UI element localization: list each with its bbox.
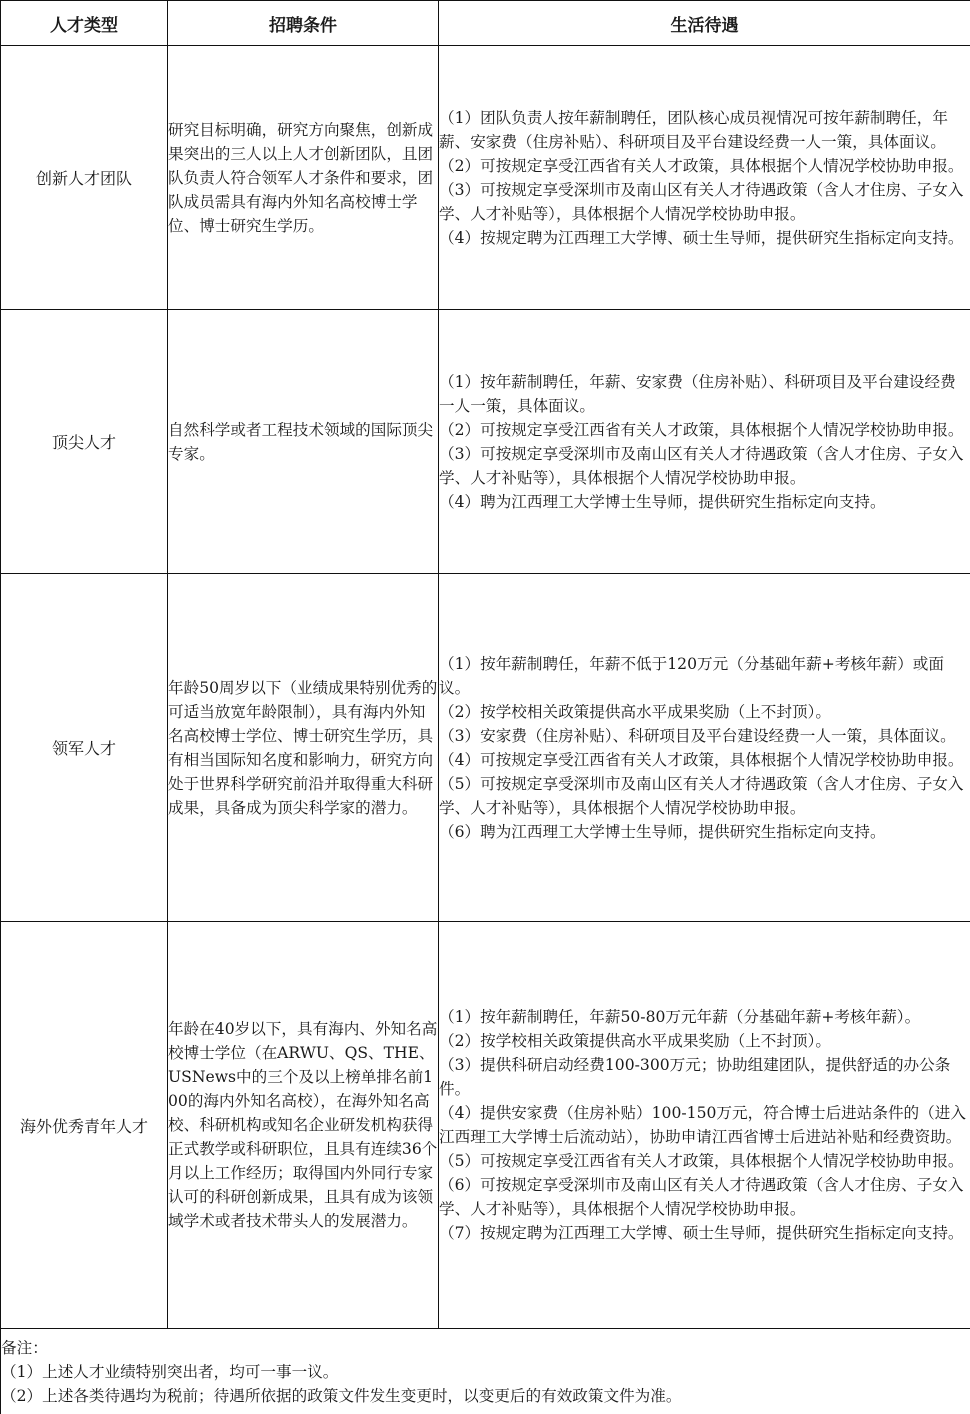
header-talent-type: 人才类型	[1, 1, 168, 46]
talent-recruitment-table: 人才类型 招聘条件 生活待遇 创新人才团队 研究目标明确，研究方向聚焦，创新成果…	[0, 0, 970, 1414]
benefit-item: （1）团队负责人按年薪制聘任，团队核心成员视情况可按年薪制聘任，年薪、安家费（住…	[439, 106, 970, 154]
benefit-item: （3）可按规定享受深圳市及南山区有关人才待遇政策（含人才住房、子女入学、人才补贴…	[439, 442, 970, 490]
talent-type-cell: 创新人才团队	[1, 46, 168, 310]
benefit-item: （6）聘为江西理工大学博士生导师，提供研究生指标定向支持。	[439, 820, 970, 844]
table-row: 创新人才团队 研究目标明确，研究方向聚焦，创新成果突出的三人以上人才创新团队，且…	[1, 46, 970, 310]
benefit-item: （1）按年薪制聘任，年薪不低于120万元（分基础年薪+考核年薪）或面议。	[439, 652, 970, 700]
benefit-item: （5）可按规定享受深圳市及南山区有关人才待遇政策（含人才住房、子女入学、人才补贴…	[439, 772, 970, 820]
benefit-item: （2）可按规定享受江西省有关人才政策，具体根据个人情况学校协助申报。	[439, 418, 970, 442]
benefit-item: （2）按学校相关政策提供高水平成果奖励（上不封顶）。	[439, 1029, 970, 1053]
benefit-item: （3）提供科研启动经费100-300万元；协助组建团队，提供舒适的办公条件。	[439, 1053, 970, 1101]
benefits-cell: （1）按年薪制聘任，年薪、安家费（住房补贴）、科研项目及平台建设经费一人一策，具…	[439, 310, 970, 574]
table-row: 海外优秀青年人才 年龄在40岁以下，具有海内、外知名高校博士学位（在ARWU、Q…	[1, 922, 970, 1329]
table-header-row: 人才类型 招聘条件 生活待遇	[1, 1, 970, 46]
notes-row: 备注： （1）上述人才业绩特别突出者，均可一事一议。 （2）上述各类待遇均为税前…	[1, 1329, 970, 1414]
benefit-item: （4）可按规定享受江西省有关人才政策，具体根据个人情况学校协助申报。	[439, 748, 970, 772]
conditions-cell: 自然科学或者工程技术领域的国际顶尖专家。	[168, 310, 439, 574]
benefit-item: （1）按年薪制聘任，年薪50-80万元年薪（分基础年薪+考核年薪）。	[439, 1005, 970, 1029]
benefit-item: （6）可按规定享受深圳市及南山区有关人才待遇政策（含人才住房、子女入学、人才补贴…	[439, 1173, 970, 1221]
conditions-cell: 研究目标明确，研究方向聚焦，创新成果突出的三人以上人才创新团队，且团队负责人符合…	[168, 46, 439, 310]
benefit-item: （4）按规定聘为江西理工大学博、硕士生导师，提供研究生指标定向支持。	[439, 226, 970, 250]
note-item: （2）上述各类待遇均为税前；待遇所依据的政策文件发生变更时，以变更后的有效政策文…	[1, 1384, 970, 1408]
header-recruitment-conditions: 招聘条件	[168, 1, 439, 46]
benefits-cell: （1）按年薪制聘任，年薪不低于120万元（分基础年薪+考核年薪）或面议。 （2）…	[439, 574, 970, 922]
header-living-benefits: 生活待遇	[439, 1, 970, 46]
notes-title: 备注：	[1, 1336, 970, 1360]
talent-type-cell: 领军人才	[1, 574, 168, 922]
conditions-cell: 年龄50周岁以下（业绩成果特别优秀的可适当放宽年龄限制），具有海内外知名高校博士…	[168, 574, 439, 922]
table-row: 顶尖人才 自然科学或者工程技术领域的国际顶尖专家。 （1）按年薪制聘任，年薪、安…	[1, 310, 970, 574]
table-row: 领军人才 年龄50周岁以下（业绩成果特别优秀的可适当放宽年龄限制），具有海内外知…	[1, 574, 970, 922]
benefit-item: （1）按年薪制聘任，年薪、安家费（住房补贴）、科研项目及平台建设经费一人一策，具…	[439, 370, 970, 418]
benefits-cell: （1）团队负责人按年薪制聘任，团队核心成员视情况可按年薪制聘任，年薪、安家费（住…	[439, 46, 970, 310]
talent-type-cell: 海外优秀青年人才	[1, 922, 168, 1329]
benefits-cell: （1）按年薪制聘任，年薪50-80万元年薪（分基础年薪+考核年薪）。 （2）按学…	[439, 922, 970, 1329]
benefit-item: （2）可按规定享受江西省有关人才政策，具体根据个人情况学校协助申报。	[439, 154, 970, 178]
notes-cell: 备注： （1）上述人才业绩特别突出者，均可一事一议。 （2）上述各类待遇均为税前…	[1, 1329, 970, 1414]
conditions-cell: 年龄在40岁以下，具有海内、外知名高校博士学位（在ARWU、QS、THE、USN…	[168, 922, 439, 1329]
benefit-item: （4）提供安家费（住房补贴）100-150万元，符合博士后进站条件的（进入江西理…	[439, 1101, 970, 1149]
benefit-item: （4）聘为江西理工大学博士生导师，提供研究生指标定向支持。	[439, 490, 970, 514]
note-item: （1）上述人才业绩特别突出者，均可一事一议。	[1, 1360, 970, 1384]
benefit-item: （3）安家费（住房补贴）、科研项目及平台建设经费一人一策，具体面议。	[439, 724, 970, 748]
benefit-item: （5）可按规定享受江西省有关人才政策，具体根据个人情况学校协助申报。	[439, 1149, 970, 1173]
benefit-item: （2）按学校相关政策提供高水平成果奖励（上不封顶）。	[439, 700, 970, 724]
talent-type-cell: 顶尖人才	[1, 310, 168, 574]
benefit-item: （7）按规定聘为江西理工大学博、硕士生导师，提供研究生指标定向支持。	[439, 1221, 970, 1245]
benefit-item: （3）可按规定享受深圳市及南山区有关人才待遇政策（含人才住房、子女入学、人才补贴…	[439, 178, 970, 226]
